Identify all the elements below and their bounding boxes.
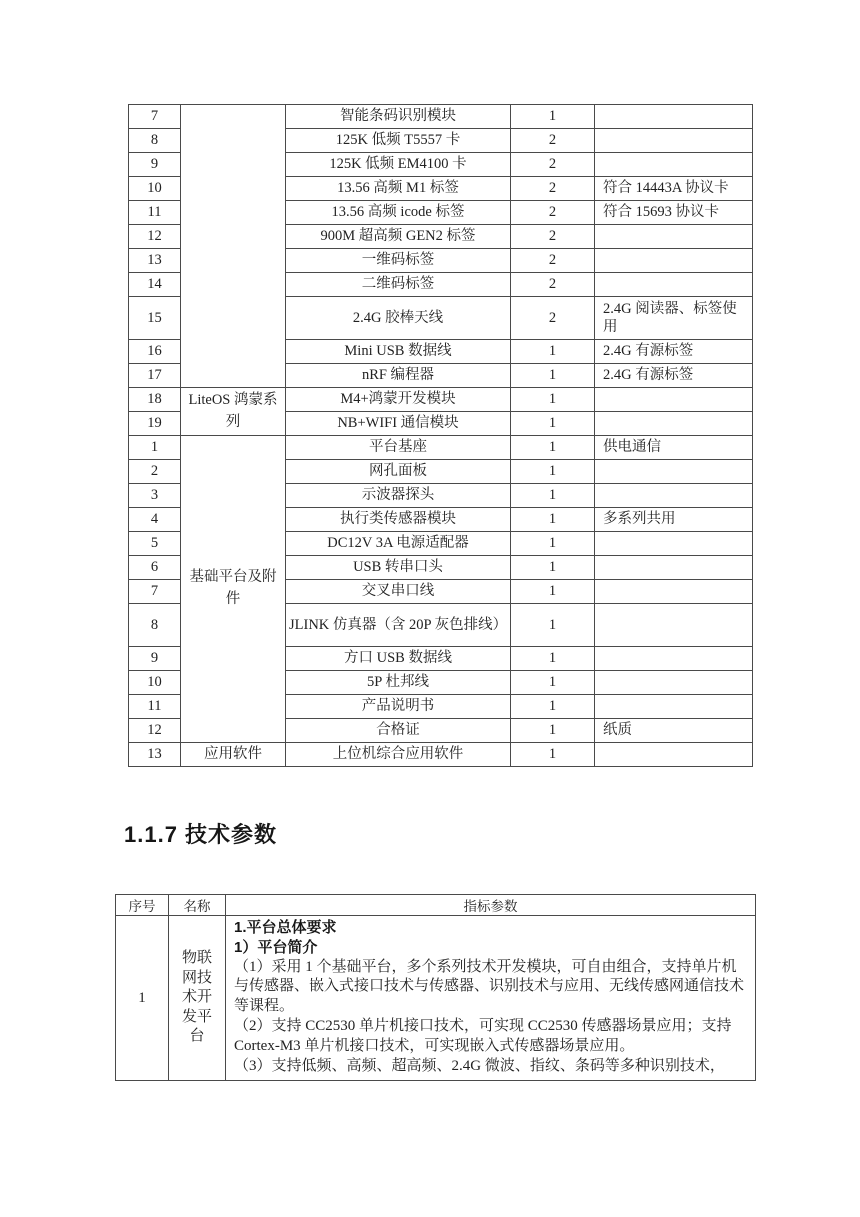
spec-paragraph: （1）采用 1 个基础平台，多个系列技术开发模块，可自由组合，支持单片机与传感器… [234, 958, 745, 1017]
item-note [595, 580, 753, 604]
item-qty: 2 [511, 225, 595, 249]
item-qty: 1 [511, 412, 595, 436]
row-num: 7 [129, 105, 181, 129]
row-num: 10 [129, 671, 181, 695]
item-qty: 1 [511, 460, 595, 484]
item-qty: 2 [511, 129, 595, 153]
item-name: 网孔面板 [286, 460, 511, 484]
item-note [595, 249, 753, 273]
item-qty: 1 [511, 580, 595, 604]
table-row: 1 基础平台及附件 平台基座 1 供电通信 [129, 436, 753, 460]
row-num: 19 [129, 412, 181, 436]
row-num: 8 [129, 604, 181, 647]
document-page: 7 智能条码识别模块 1 8 125K 低频 T5557 卡 2 9 125K … [0, 0, 860, 1217]
item-name: 125K 低频 T5557 卡 [286, 129, 511, 153]
item-name: 13.56 高频 M1 标签 [286, 177, 511, 201]
item-qty: 1 [511, 695, 595, 719]
table-row: 18 LiteOS 鸿蒙系列 M4+鸿蒙开发模块 1 [129, 388, 753, 412]
item-qty: 1 [511, 532, 595, 556]
row-num: 6 [129, 556, 181, 580]
item-note: 2.4G 有源标签 [595, 340, 753, 364]
spec-row-name: 物联网技术开发平台 [169, 916, 226, 1081]
item-note [595, 460, 753, 484]
item-note [595, 129, 753, 153]
item-qty: 1 [511, 743, 595, 767]
item-name: 执行类传感器模块 [286, 508, 511, 532]
spec-row-num: 1 [116, 916, 169, 1081]
item-note [595, 556, 753, 580]
item-name: Mini USB 数据线 [286, 340, 511, 364]
item-qty: 1 [511, 556, 595, 580]
row-num: 4 [129, 508, 181, 532]
item-note [595, 647, 753, 671]
category-cell: LiteOS 鸿蒙系列 [181, 388, 286, 436]
row-num: 1 [129, 436, 181, 460]
item-name: 产品说明书 [286, 695, 511, 719]
spec-table-row: 1 物联网技术开发平台 1.平台总体要求 1）平台简介 （1）采用 1 个基础平… [116, 916, 756, 1081]
item-qty: 1 [511, 719, 595, 743]
item-note: 供电通信 [595, 436, 753, 460]
item-qty: 1 [511, 484, 595, 508]
item-note [595, 273, 753, 297]
item-note [595, 388, 753, 412]
item-qty: 1 [511, 436, 595, 460]
row-num: 18 [129, 388, 181, 412]
row-num: 7 [129, 580, 181, 604]
row-num: 2 [129, 460, 181, 484]
item-name: USB 转串口头 [286, 556, 511, 580]
item-note: 符合 15693 协议卡 [595, 201, 753, 225]
item-name: 智能条码识别模块 [286, 105, 511, 129]
row-num: 11 [129, 201, 181, 225]
item-qty: 1 [511, 340, 595, 364]
item-qty: 1 [511, 647, 595, 671]
item-note: 纸质 [595, 719, 753, 743]
spec-paragraph: （2）支持 CC2530 单片机接口技术，可实现 CC2530 传感器场景应用；… [234, 1017, 745, 1057]
row-num: 13 [129, 249, 181, 273]
item-name: 上位机综合应用软件 [286, 743, 511, 767]
row-num: 15 [129, 297, 181, 340]
row-num: 10 [129, 177, 181, 201]
spec-table-header: 序号 名称 指标参数 [116, 895, 756, 916]
item-name: M4+鸿蒙开发模块 [286, 388, 511, 412]
item-note [595, 105, 753, 129]
item-note: 多系列共用 [595, 508, 753, 532]
item-name: 合格证 [286, 719, 511, 743]
row-num: 17 [129, 364, 181, 388]
item-qty: 2 [511, 273, 595, 297]
item-note: 2.4G 阅读器、标签使用 [595, 297, 753, 340]
row-num: 12 [129, 719, 181, 743]
spec-subheading: 1）平台简介 [234, 938, 745, 958]
category-cell [181, 105, 286, 388]
item-note [595, 484, 753, 508]
row-num: 16 [129, 340, 181, 364]
section-heading: 1.1.7 技术参数 [124, 818, 277, 849]
item-name: 交叉串口线 [286, 580, 511, 604]
item-qty: 2 [511, 297, 595, 340]
spec-header-num: 序号 [116, 895, 169, 916]
item-name: 一维码标签 [286, 249, 511, 273]
item-name: DC12V 3A 电源适配器 [286, 532, 511, 556]
item-note [595, 532, 753, 556]
spec-header-param: 指标参数 [226, 895, 756, 916]
row-num: 9 [129, 647, 181, 671]
item-qty: 1 [511, 105, 595, 129]
item-qty: 1 [511, 671, 595, 695]
spec-header-name: 名称 [169, 895, 226, 916]
item-name: 平台基座 [286, 436, 511, 460]
item-note [595, 153, 753, 177]
spec-row-params: 1.平台总体要求 1）平台简介 （1）采用 1 个基础平台，多个系列技术开发模块… [226, 916, 756, 1081]
spec-table: 序号 名称 指标参数 1 物联网技术开发平台 1.平台总体要求 1）平台简介 （… [115, 894, 756, 1081]
row-num: 14 [129, 273, 181, 297]
item-qty: 2 [511, 249, 595, 273]
item-name: JLINK 仿真器（含 20P 灰色排线） [286, 604, 511, 647]
item-note [595, 743, 753, 767]
row-num: 13 [129, 743, 181, 767]
row-num: 9 [129, 153, 181, 177]
item-note [595, 412, 753, 436]
item-qty: 2 [511, 177, 595, 201]
item-name: nRF 编程器 [286, 364, 511, 388]
item-name: 二维码标签 [286, 273, 511, 297]
item-qty: 1 [511, 508, 595, 532]
equipment-table: 7 智能条码识别模块 1 8 125K 低频 T5557 卡 2 9 125K … [128, 104, 753, 767]
item-note: 2.4G 有源标签 [595, 364, 753, 388]
row-num: 12 [129, 225, 181, 249]
item-qty: 2 [511, 201, 595, 225]
category-cell: 基础平台及附件 [181, 436, 286, 743]
item-name: 5P 杜邦线 [286, 671, 511, 695]
spec-paragraph: （3）支持低频、高频、超高频、2.4G 微波、指纹、条码等多种识别技术， [234, 1057, 745, 1077]
item-name: 13.56 高频 icode 标签 [286, 201, 511, 225]
row-num: 11 [129, 695, 181, 719]
row-num: 8 [129, 129, 181, 153]
item-note [595, 604, 753, 647]
item-name: 125K 低频 EM4100 卡 [286, 153, 511, 177]
category-cell: 应用软件 [181, 743, 286, 767]
item-qty: 2 [511, 153, 595, 177]
spec-subheading: 1.平台总体要求 [234, 918, 745, 938]
item-name: 方口 USB 数据线 [286, 647, 511, 671]
table-row: 7 智能条码识别模块 1 [129, 105, 753, 129]
item-name: NB+WIFI 通信模块 [286, 412, 511, 436]
table-row: 13 应用软件 上位机综合应用软件 1 [129, 743, 753, 767]
item-name: 900M 超高频 GEN2 标签 [286, 225, 511, 249]
item-note [595, 225, 753, 249]
item-name: 2.4G 胶棒天线 [286, 297, 511, 340]
item-qty: 1 [511, 388, 595, 412]
row-num: 5 [129, 532, 181, 556]
item-note [595, 671, 753, 695]
item-qty: 1 [511, 364, 595, 388]
item-name: 示波器探头 [286, 484, 511, 508]
row-num: 3 [129, 484, 181, 508]
item-qty: 1 [511, 604, 595, 647]
item-note: 符合 14443A 协议卡 [595, 177, 753, 201]
item-note [595, 695, 753, 719]
